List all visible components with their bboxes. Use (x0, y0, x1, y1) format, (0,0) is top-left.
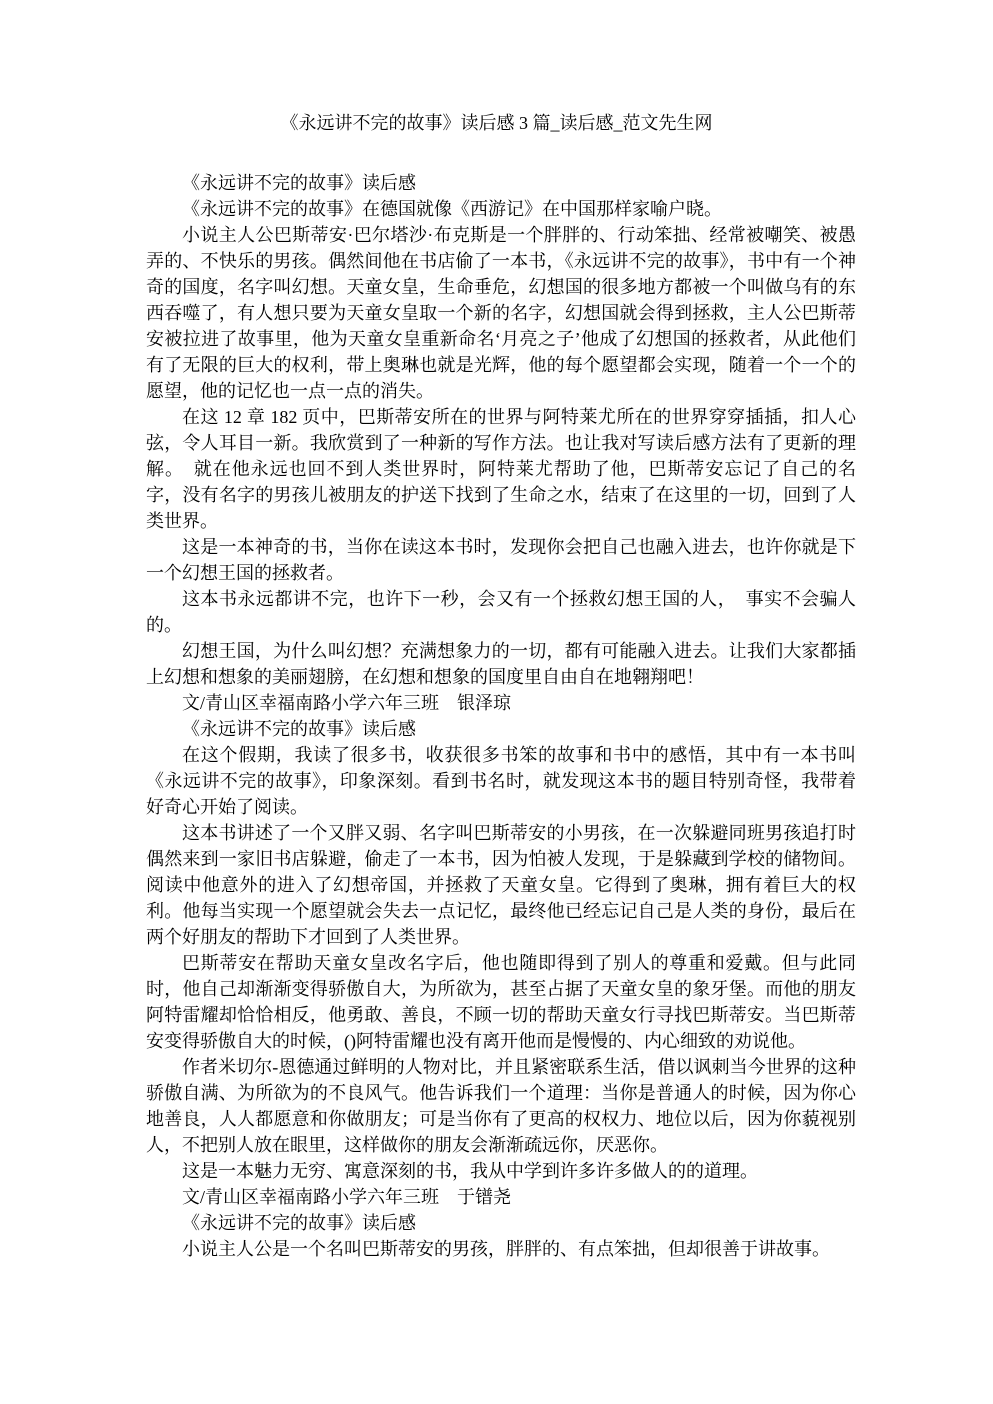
paragraph: 《永远讲不完的故事》读后感 (146, 170, 856, 196)
paragraph: 小说主人公巴斯蒂安·巴尔塔沙·布克斯是一个胖胖的、行动笨拙、经常被嘲笑、被愚弄的… (146, 222, 856, 404)
document-page: 《永远讲不完的故事》读后感 3 篇_读后感_范文先生网 《永远讲不完的故事》读后… (0, 0, 993, 1404)
paragraph: 在这 12 章 182 页中，巴斯蒂安所在的世界与阿特莱尤所在的世界穿穿插插，扣… (146, 404, 856, 534)
paragraph: 《永远讲不完的故事》在德国就像《西游记》在中国那样家喻户晓。 (146, 196, 856, 222)
document-title: 《永远讲不完的故事》读后感 3 篇_读后感_范文先生网 (0, 0, 993, 134)
document-body: 《永远讲不完的故事》读后感《永远讲不完的故事》在德国就像《西游记》在中国那样家喻… (146, 170, 856, 1262)
paragraph: 这本书讲述了一个又胖又弱、名字叫巴斯蒂安的小男孩，在一次躲避同班男孩追打时偶然来… (146, 820, 856, 950)
paragraph: 这本书永远都讲不完，也许下一秒，会又有一个拯救幻想王国的人， 事实不会骗人的。 (146, 586, 856, 638)
paragraph: 《永远讲不完的故事》读后感 (146, 1210, 856, 1236)
paragraph: 在这个假期，我读了很多书，收获很多书笨的故事和书中的感悟，其中有一本书叫《永远讲… (146, 742, 856, 820)
paragraph: 幻想王国，为什么叫幻想？充满想象力的一切，都有可能融入进去。让我们大家都插上幻想… (146, 638, 856, 690)
paragraph: 小说主人公是一个名叫巴斯蒂安的男孩，胖胖的、有点笨拙，但却很善于讲故事。 (146, 1236, 856, 1262)
paragraph: 巴斯蒂安在帮助天童女皇改名字后，他也随即得到了别人的尊重和爱戴。但与此同时，他自… (146, 950, 856, 1054)
paragraph: 作者米切尔-恩德通过鲜明的人物对比，并且紧密联系生活，借以讽刺当今世界的这种骄傲… (146, 1054, 856, 1158)
paragraph: 这是一本魅力无穷、寓意深刻的书，我从中学到许多许多做人的的道理。 (146, 1158, 856, 1184)
paragraph: 《永远讲不完的故事》读后感 (146, 716, 856, 742)
paragraph: 文/青山区幸福南路小学六年三班 于镨尧 (146, 1184, 856, 1210)
paragraph: 文/青山区幸福南路小学六年三班 银泽琼 (146, 690, 856, 716)
paragraph: 这是一本神奇的书，当你在读这本书时，发现你会把自己也融入进去，也许你就是下一个幻… (146, 534, 856, 586)
